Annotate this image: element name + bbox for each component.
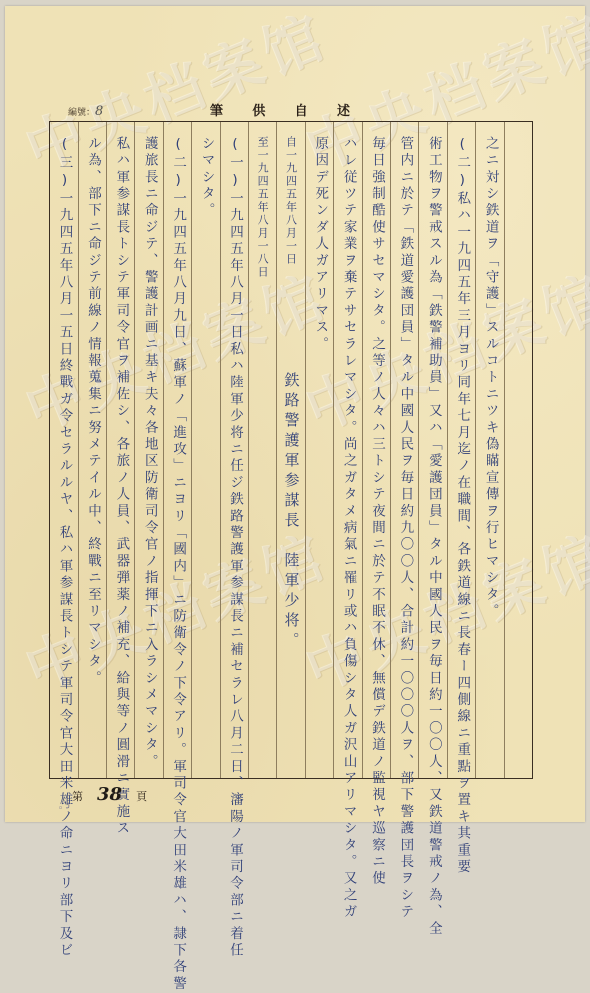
column-text: 原因デ死ンダ人ガアリマス。	[313, 136, 327, 353]
title-char: 自	[295, 100, 308, 119]
column-text: 私ハ軍参謀長トシテ軍司令官ヲ補佐シ、各旅ノ人員、武器弾薬ノ補充、給與等ノ圓滑ニ實…	[114, 136, 128, 828]
column-text: (二)私ハ一九四五年三月ヨリ同年七月迄ノ在職間、各鉄道線ニ長春ー四側線ニ重點ヲ置…	[455, 136, 469, 828]
text-column: (三)一九四五年八月一五日終戰ガ令セラルルヤ、私ハ軍参謀長トシテ軍司令官大田米雄…	[50, 122, 77, 778]
text-column: 私ハ軍参謀長トシテ軍司令官ヲ補佐シ、各旅ノ人員、武器弾薬ノ補充、給與等ノ圓滑ニ實…	[106, 122, 134, 778]
ink-mark: ◦ ╯	[58, 804, 72, 814]
text-column: ル為、部下ニ命ジテ前線ノ情報蒐集ニ努メテイル中、終戰ニ至リマシタ。	[78, 122, 106, 778]
document-number-label: 編號：	[68, 108, 95, 118]
page-number: 38	[97, 784, 122, 805]
column-text-title: 鉄路警護軍参謀長 陸軍少将。	[284, 372, 299, 652]
column-text: ル為、部下ニ命ジテ前線ノ情報蒐集ニ努メテイル中、終戰ニ至リマシタ。	[85, 136, 99, 687]
title-char: 供	[252, 100, 265, 119]
text-column: (二)私ハ一九四五年三月ヨリ同年七月迄ノ在職間、各鉄道線ニ長春ー四側線ニ重點ヲ置…	[447, 122, 475, 778]
document-number: 編號：8	[68, 104, 103, 119]
title-char: 述	[337, 100, 350, 119]
column-text: (一)一九四五年八月一日私ハ陸軍少将ニ任ジ鉄路警護軍参謀長ニ補セラレ八月二日、瀋…	[227, 136, 241, 828]
column-text: 術工物ヲ警戒スル為「鉄警補助員」又ハ「愛護団員」タル中國人民ヲ毎日約一〇〇人、又…	[426, 136, 440, 828]
text-column: (二)一九四五年八月九日、蘇軍ノ「進攻」ニヨリ「國内」ニ防衛令ノ下令アリ。軍司令…	[163, 122, 191, 778]
text-column: (一)一九四五年八月一日私ハ陸軍少将ニ任ジ鉄路警護軍参謀長ニ補セラレ八月二日、瀋…	[220, 122, 248, 778]
column-text: (二)一九四五年八月九日、蘇軍ノ「進攻」ニヨリ「國内」ニ防衛令ノ下令アリ。軍司令…	[171, 136, 185, 828]
text-column: 護旅長ニ命ジテ、警護計画ニ基キ夫々各地区防衛司令官ノ指揮下ニ入ラシメマシタ。	[134, 122, 162, 778]
text-column: 術工物ヲ警戒スル為「鉄警補助員」又ハ「愛護団員」タル中國人民ヲ毎日約一〇〇人、又…	[418, 122, 446, 778]
manuscript-grid: 之ニ対シ鉄道ヲ「守護」スルコトニツキ偽瞞宣傳ヲ行ヒマシタ。(二)私ハ一九四五年三…	[49, 121, 533, 779]
page-suffix: 頁	[136, 788, 147, 804]
column-text: 至一九四五年八月一八日	[257, 136, 268, 279]
text-column: 原因デ死ンダ人ガアリマス。	[305, 122, 333, 778]
column-text: 護旅長ニ命ジテ、警護計画ニ基キ夫々各地区防衛司令官ノ指揮下ニ入ラシメマシタ。	[142, 136, 156, 771]
text-column: 之ニ対シ鉄道ヲ「守護」スルコトニツキ偽瞞宣傳ヲ行ヒマシタ。	[475, 122, 503, 778]
page-footer: 第 38 頁	[72, 784, 147, 805]
page-title: 筆 供 自 述	[210, 100, 350, 119]
text-column: 管内ニ於テ「鉄道愛護団員」タル中國人民ヲ毎日約九〇〇人、合計約一〇〇〇人ヲ、部下…	[390, 122, 418, 778]
column-text-date: 自一九四五年八月一日	[286, 136, 297, 266]
column-text: ハレ従ツテ家業ヲ棄テサセラレマシタ。尚之ガタメ病氣ニ罹リ或ハ負傷シタ人ガ沢山アリ…	[341, 136, 355, 828]
column-text: (三)一九四五年八月一五日終戰ガ令セラルルヤ、私ハ軍参謀長トシテ軍司令官大田米雄…	[57, 136, 71, 828]
text-column: 自一九四五年八月一日鉄路警護軍参謀長 陸軍少将。	[276, 122, 304, 778]
column-text: 之ニ対シ鉄道ヲ「守護」スルコトニツキ偽瞞宣傳ヲ行ヒマシタ。	[483, 136, 497, 620]
document-number-value: 8	[95, 104, 103, 119]
text-column: ハレ従ツテ家業ヲ棄テサセラレマシタ。尚之ガタメ病氣ニ罹リ或ハ負傷シタ人ガ沢山アリ…	[333, 122, 361, 778]
text-column: 毎日強制酷使サセマシタ。之等ノ人々ハ三トシテ夜間ニ於テ不眠不休、無償デ鉄道ノ監視…	[362, 122, 390, 778]
column-text: シマシタ。	[199, 136, 213, 220]
text-column	[504, 122, 532, 778]
text-column: 至一九四五年八月一八日	[248, 122, 276, 778]
title-char: 筆	[210, 100, 223, 119]
column-text: 管内ニ於テ「鉄道愛護団員」タル中國人民ヲ毎日約九〇〇人、合計約一〇〇〇人ヲ、部下…	[398, 136, 412, 828]
text-column: シマシタ。	[191, 122, 219, 778]
page-prefix: 第	[72, 788, 83, 804]
column-text: 毎日強制酷使サセマシタ。之等ノ人々ハ三トシテ夜間ニ於テ不眠不休、無償デ鉄道ノ監視…	[370, 136, 384, 828]
